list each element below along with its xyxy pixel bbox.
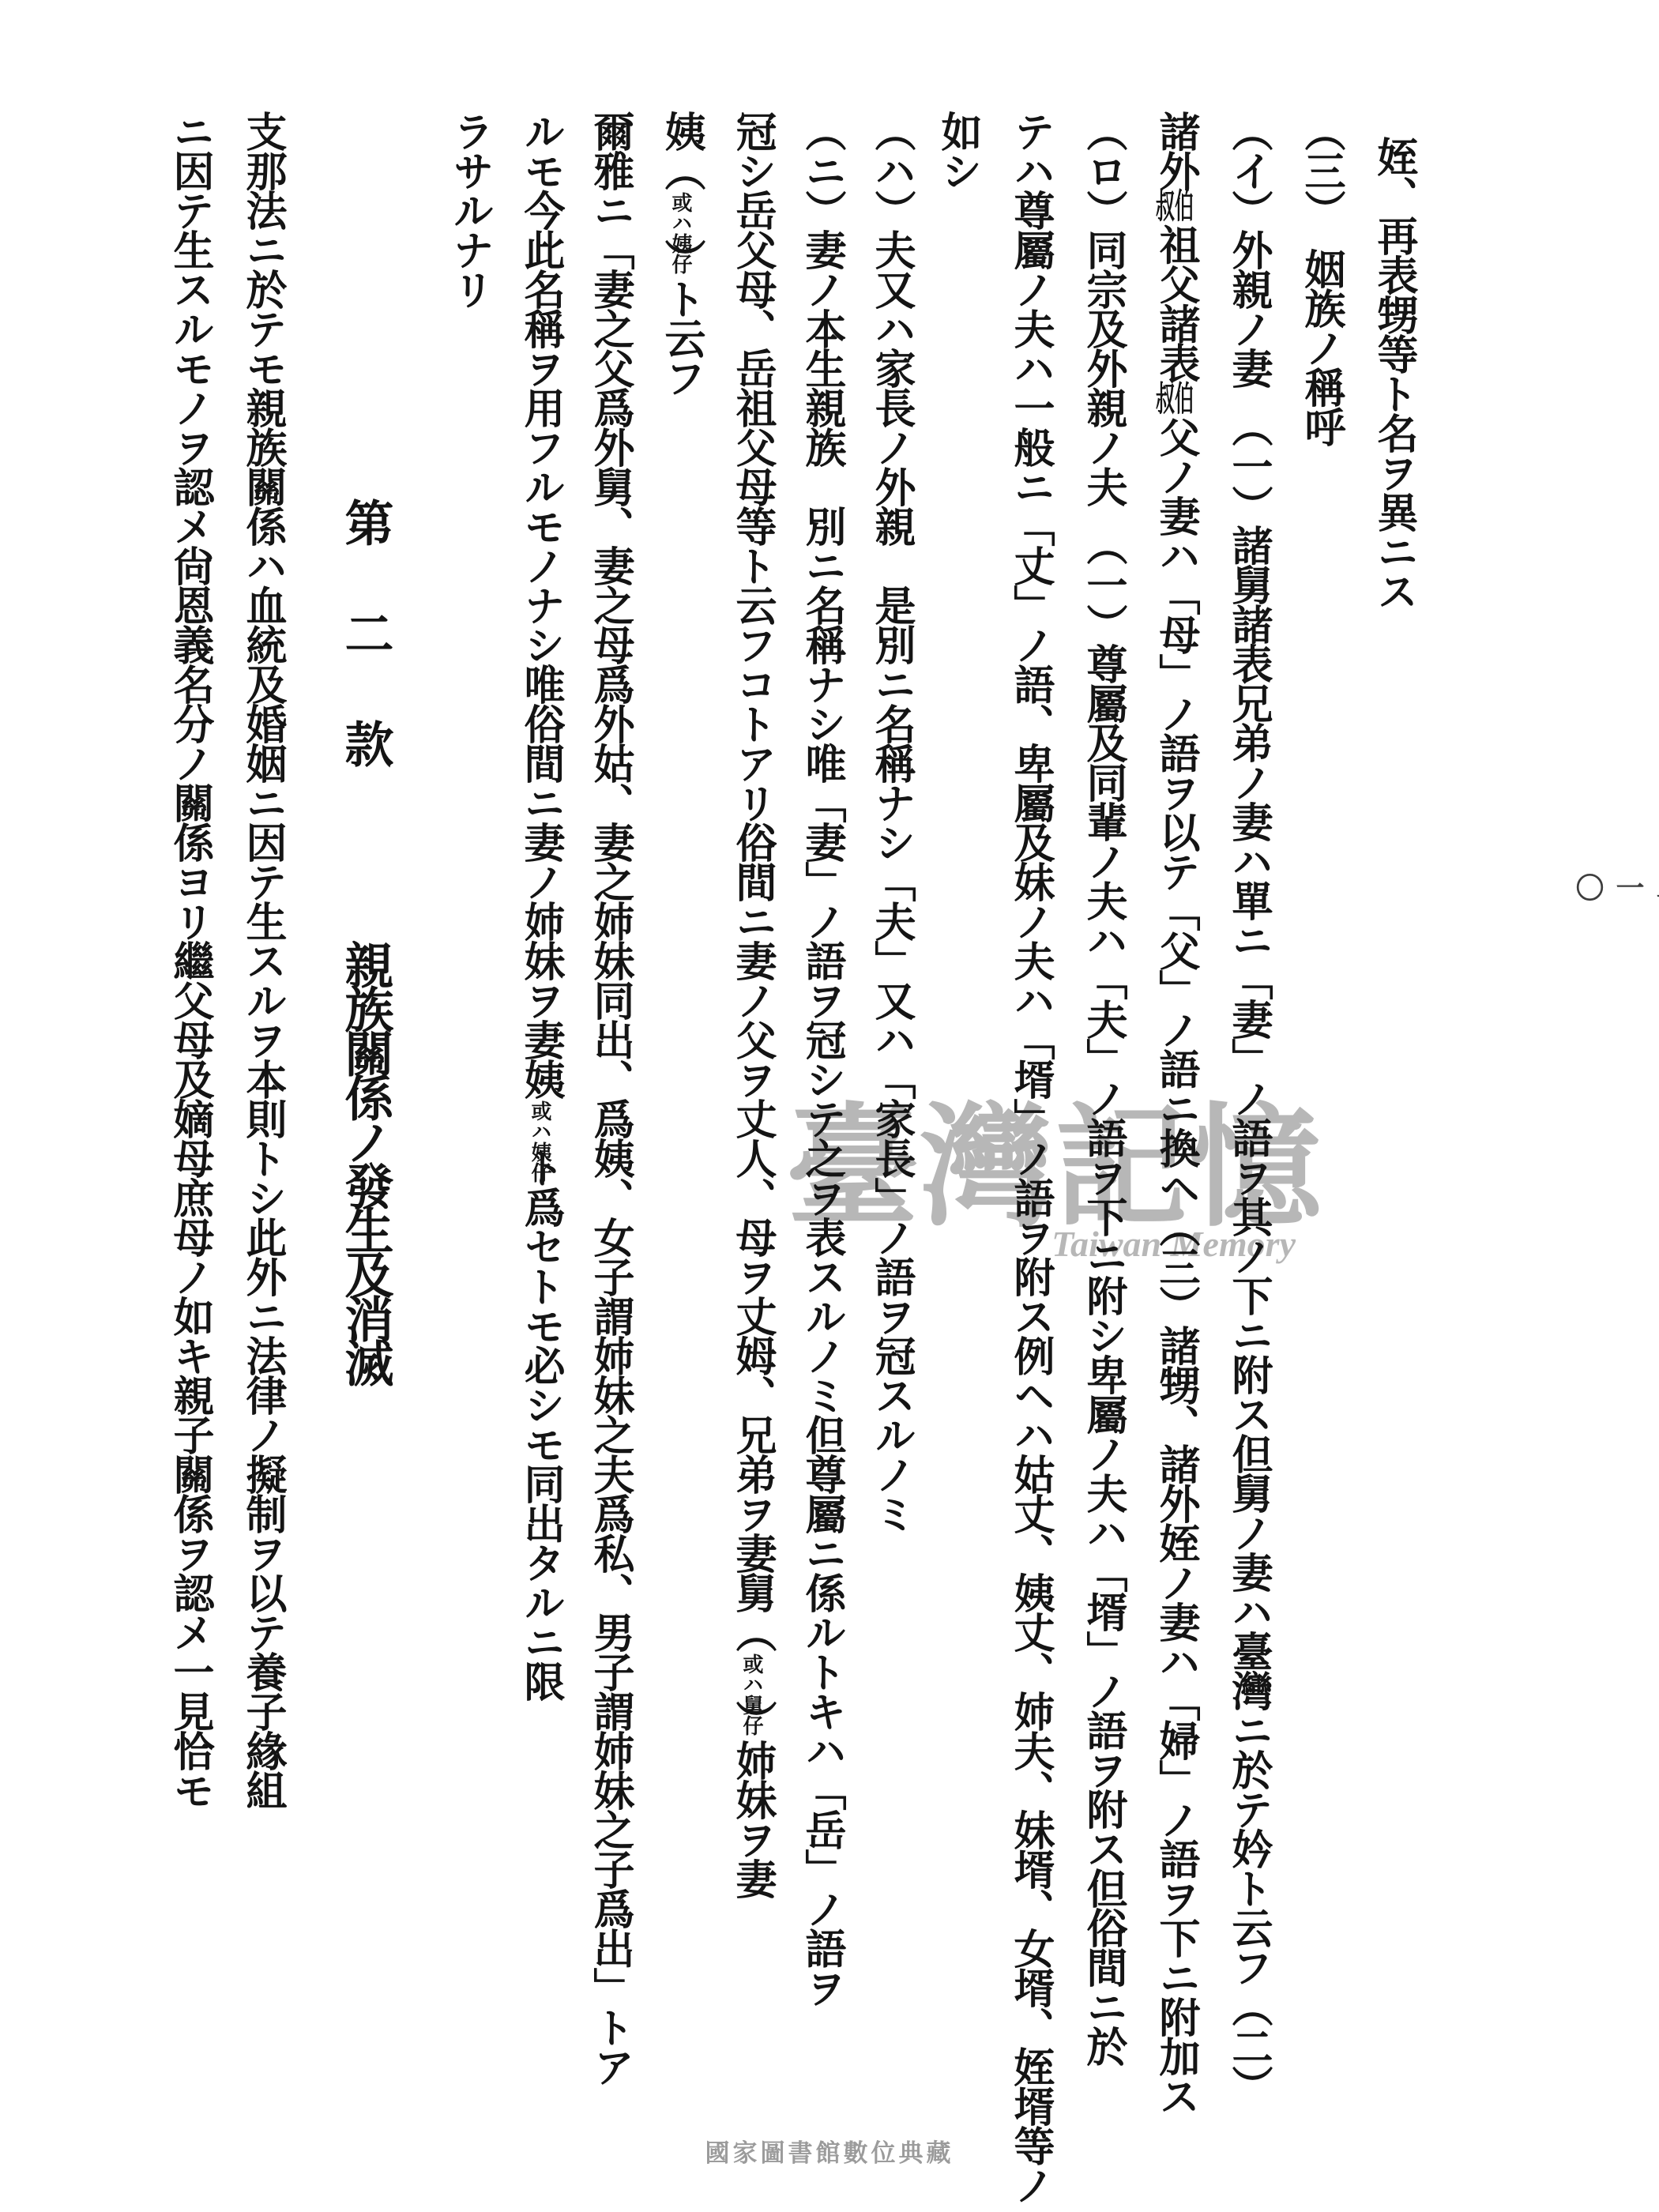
text-column-11: 姨（或ハ姨仔）ト云フ <box>660 111 701 397</box>
text-column-14: ラサルナリ <box>448 111 489 308</box>
page-number: 二一〇 <box>1568 873 1659 908</box>
text-column-2-section-heading: （三） 姻族ノ稱呼 <box>1300 111 1341 446</box>
chapter-section-title: 第二款 親族關係ノ發生及消滅 <box>340 498 389 1382</box>
text-column-8: （ハ）夫又ハ家長ノ外親 是別ニ名稱ナシ「夫」又ハ「家長」ノ語ヲ冠スルノミ <box>870 111 911 1533</box>
text-column-9: （ニ）妻ノ本生親族 別ニ名稱ナシ唯「妻」ノ語ヲ冠シテ之ヲ表スルノミ但尊屬ニ係ルト… <box>800 111 841 2007</box>
text-column-3: （イ）外親ノ妻 （一）諸舅諸表兄弟ノ妻ハ單ニ「妻」ノ語ヲ其ノ下ニ附ス但舅ノ妻ハ臺… <box>1227 111 1268 2105</box>
text-column-17: ニ因テ生スルモノヲ認メ尙恩義名分ノ關係ヨリ繼父母及嫡母庶母ノ如キ親子關係ヲ認メ一… <box>168 111 209 1809</box>
text-column-7: 如シ <box>936 111 977 190</box>
text-column-10: 冠シ岳父母、岳祖父母等ト云フコトアリ俗間ニ妻ノ父ヲ丈人、母ヲ丈姆、兄弟ヲ妻舅（或… <box>731 111 772 1898</box>
text-column-16: 支那法ニ於テモ親族關係ハ血統及婚姻ニ因テ生スルヲ本則トシ此外ニ法律ノ擬制ヲ以テ養… <box>241 111 282 1809</box>
library-footer-text: 國家圖書館數位典藏 <box>0 2133 1659 2169</box>
text-column-4: 諸外叔伯祖父諸表叔伯父ノ妻ハ「母」ノ語ヲ以テ「父」ノ語ニ換ヘ（三）諸甥、諸外姪ノ… <box>1154 111 1195 2115</box>
text-column-6: テハ尊屬ノ夫ハ一般ニ「丈」ノ語、卑屬及妹ノ夫ハ「壻」ノ語ヲ附ス例ヘハ姑丈、姨丈、… <box>1009 111 1050 2204</box>
text-column-1: 姪、再表甥等ト名ヲ異ニス <box>1372 136 1413 610</box>
text-column-5: （ロ）同宗及外親ノ夫 （一）尊屬及同輩ノ夫ハ「夫」ノ語ヲ下ニ附シ卑屬ノ夫ハ「壻」… <box>1082 111 1123 2065</box>
text-column-13: ルモ今此名稱ヲ用フルモノナシ唯俗間ニ妻ノ姉妹ヲ妻姨或ハ姨仔ト爲セトモ必シモ同出タ… <box>519 111 560 1700</box>
scanned-document-page: 臺灣記憶 Taiwan Memory 姪、再表甥等ト名ヲ異ニス （三） 姻族ノ稱… <box>0 0 1659 2212</box>
text-column-12: 爾雅ニ「妻之父爲外舅、妻之母爲外姑、妻之姉妹同出、爲姨、女子謂姉妹之夫爲私、男子… <box>589 111 630 2086</box>
